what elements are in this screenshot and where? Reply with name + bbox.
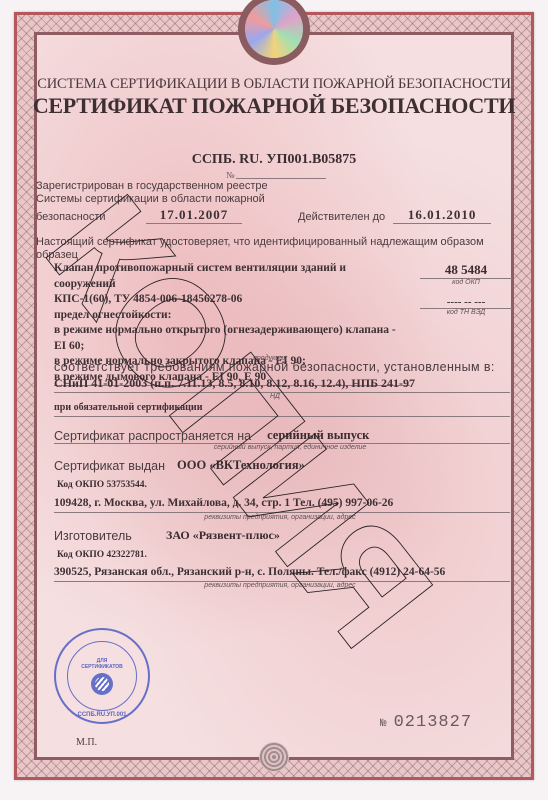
validity-block: Действителен до 16.01.2010: [298, 208, 491, 224]
manufacturer-row: Изготовитель ЗАО «Рязвент-плюс»: [54, 528, 280, 543]
okp-caption: код ОКП: [420, 279, 512, 286]
manufacturer-okpo: Код ОКПО 42322781.: [57, 550, 147, 560]
registration-date: 17.01.2007: [160, 207, 229, 222]
tnved-code: ---- -- ---: [420, 296, 512, 309]
product-line: в режиме нормально открытого (огнезадерж…: [54, 323, 410, 354]
issued-to-label: Сертификат выдан: [54, 459, 165, 473]
registration-line-2: Системы сертификации в области пожарной: [36, 193, 268, 206]
stamp-ring-text: ССПБ.RU.УП.001: [72, 712, 132, 718]
manufacturer-label: Изготовитель: [54, 529, 166, 543]
rosette-ornament-icon: [259, 742, 289, 772]
hologram-seal-icon: [245, 0, 303, 58]
product-line: КПС-1(60), ТУ 4854-006-18456278-06: [54, 292, 410, 308]
product-line: Клапан противопожарный систем вентиляции…: [54, 261, 410, 292]
valid-until-date: 16.01.2010: [408, 207, 477, 222]
issued-to-org: ООО «ВКТехнология»: [177, 458, 305, 473]
valid-until-label: Действителен до: [298, 211, 385, 224]
compliance-norms: СНиП 41-01-2003 (п.п. 7.11.13, 8.5, 8.10…: [54, 376, 510, 393]
certification-mode: при обязательной сертификации: [54, 400, 510, 417]
serial-number: №0213827: [380, 713, 472, 732]
document-title: СЕРТИФИКАТ ПОЖАРНОЙ БЕЗОПАСНОСТИ: [0, 93, 548, 119]
issued-to-okpo: Код ОКПО 53753544.: [57, 480, 147, 490]
fire-safety-logo-icon: [91, 673, 113, 695]
manufacturer-address: 390525, Рязанская обл., Рязанский р-н, с…: [54, 565, 510, 582]
manufacturer-caption: реквизиты предприятия, организации, адре…: [200, 582, 360, 589]
tnved-block: ---- -- --- код ТН ВЭД: [420, 296, 512, 316]
official-stamp: ДЛЯ СЕРТИФИКАТОВ: [54, 628, 150, 724]
product-line: предел огнестойкости:: [54, 308, 410, 324]
registration-line-3: безопасности: [36, 211, 146, 224]
scope-caption: серийный выпуск, партия, единичное издел…: [200, 444, 380, 451]
tnved-caption: код ТН ВЭД: [420, 309, 512, 316]
scope-row: Сертификат распространяется на серийный …: [54, 428, 510, 444]
number-underline: [236, 178, 326, 179]
issued-to-row: Сертификат выдан ООО «ВКТехнология»: [54, 458, 305, 473]
intro-text: Настоящий сертификат удостоверяет, что и…: [36, 236, 516, 262]
seal-place-label: М.П.: [76, 737, 97, 748]
manufacturer-org: ЗАО «Рязвент-плюс»: [166, 528, 280, 543]
serial-sign: №: [380, 718, 388, 730]
okp-block: 48 5484 код ОКП: [420, 262, 512, 286]
number-sign: №: [226, 170, 235, 180]
stamp-inner-ring: ДЛЯ СЕРТИФИКАТОВ: [67, 641, 137, 711]
okp-code: 48 5484: [420, 262, 512, 279]
norms-caption: НД: [265, 393, 285, 400]
system-title: СИСТЕМА СЕРТИФИКАЦИИ В ОБЛАСТИ ПОЖАРНОЙ …: [0, 76, 548, 93]
scope-label: Сертификат распространяется на: [54, 429, 251, 443]
registration-block: Зарегистрирован в государственном реестр…: [36, 180, 268, 224]
certificate-number: ССПБ. RU. УП001.В05875: [0, 152, 548, 168]
stamp-text-middle: СЕРТИФИКАТОВ: [81, 664, 123, 670]
registration-line-1: Зарегистрирован в государственном реестр…: [36, 180, 268, 193]
issued-to-address: 109428, г. Москва, ул. Михайлова, д. 34,…: [54, 496, 510, 513]
scope-value: серийный выпуск: [267, 428, 369, 443]
compliance-text: соответствует требованиям пожарной безоп…: [54, 360, 495, 374]
serial-value: 0213827: [394, 713, 472, 732]
issued-to-caption: реквизиты предприятия, организации, адре…: [200, 514, 360, 521]
